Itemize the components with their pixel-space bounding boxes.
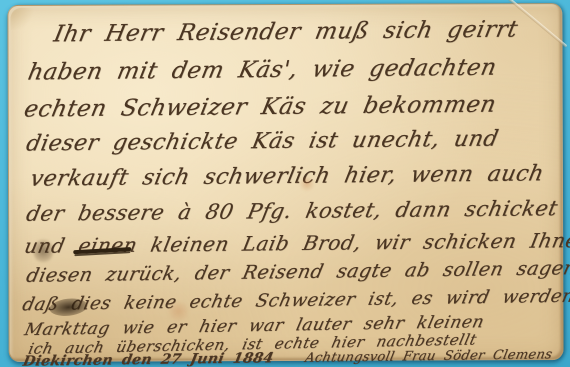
handwriting-line: diesen zurück, der Reisend sagte ab soll… [24, 257, 570, 287]
postcard-paper: Ihr Herr Reisender muß sich geirrthaben … [7, 3, 563, 362]
handwriting-line: verkauft sich schwerlich hier, wenn auch [28, 161, 546, 191]
handwriting-line: dieser geschickte Käs ist unecht, und [24, 127, 501, 157]
handwriting-line: Ihr Herr Reisender muß sich geirrt [52, 17, 521, 48]
scanned-postcard: Ihr Herr Reisender muß sich geirrthaben … [0, 0, 570, 367]
handwriting-line: daß dies keine echte Schweizer ist, es w… [20, 286, 570, 316]
handwriting-line: und einen kleinen Laib Brod, wir schicke… [22, 228, 570, 258]
handwriting-line: haben mit dem Käs', wie gedachten [26, 55, 499, 86]
signature: Achtungsvoll Frau Söder Clemens [304, 347, 554, 365]
dateline: Diekirchen den 27 Juni 1884 [21, 350, 274, 367]
handwriting-line: der bessere à 80 Pfg. kostet, dann schic… [24, 196, 560, 226]
handwriting-lines: Ihr Herr Reisender muß sich geirrthaben … [8, 4, 562, 361]
handwriting-line: echten Schweizer Käs zu bekommen [22, 92, 499, 123]
